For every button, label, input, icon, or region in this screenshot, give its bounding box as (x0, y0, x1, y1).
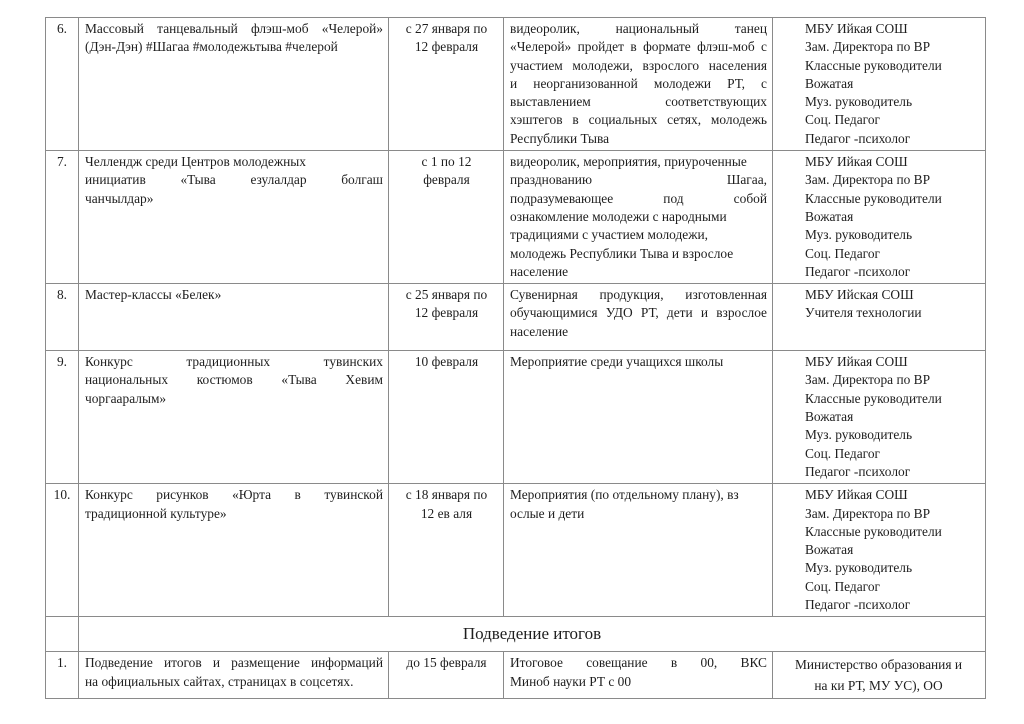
event-title: Конкурс рисунков «Юрта в тувинскойтрадиц… (79, 484, 389, 617)
text-line: Зам. Директора по ВР (805, 38, 980, 56)
text-line: Классные руководители (805, 57, 980, 75)
text-line: с 1 по 12 (395, 153, 498, 171)
text-line: МБУ Ийкая СОШ (805, 153, 980, 171)
text-line: Зам. Директора по ВР (805, 505, 980, 523)
text-line: Мастер-классы «Белек» (85, 286, 383, 304)
text-line: инициатив «Тыва езулалдар болгаш (85, 171, 383, 189)
text-line: на официальных сайтах, страницах в соцсе… (85, 673, 383, 691)
text-line: Соц. Педагог (805, 245, 980, 263)
section-heading: Подведение итогов (79, 617, 986, 652)
section-row: Подведение итогов (46, 617, 986, 652)
text-line: население (510, 323, 767, 341)
row-number: 8. (46, 284, 79, 351)
text-line: на ки РТ, МУ УС), ОО (777, 675, 980, 696)
text-line: 12 февраля (395, 38, 498, 56)
text-line: Мероприятие среди учащихся школы (510, 353, 767, 371)
text-line: 12 ев аля (395, 505, 498, 523)
text-line: Зам. Директора по ВР (805, 171, 980, 189)
text-line: Педагог -психолог (805, 263, 980, 281)
text-line: традиционной культуре» (85, 505, 383, 523)
text-line: Массовый танцевальный флэш-моб «Челерой» (85, 20, 383, 38)
event-description: Мероприятия (по отдельному плану), взосл… (504, 484, 773, 617)
text-line: Итоговое совещание в 00, ВКС (510, 654, 767, 672)
text-line: Челлендж среди Центров молодежных (85, 153, 383, 171)
text-line: Муз. руководитель (805, 93, 980, 111)
text-line: Педагог -психолог (805, 130, 980, 148)
event-description: Итоговое совещание в 00, ВКСМиноб науки … (504, 652, 773, 699)
table-row: 1.Подведение итогов и размещение информа… (46, 652, 986, 699)
text-line: Учителя технологии (805, 304, 980, 322)
text-line: Вожатая (805, 208, 980, 226)
text-line: Вожатая (805, 408, 980, 426)
event-description: видеоролик, национальный танец«Челерой» … (504, 18, 773, 151)
text-line: Педагог -психолог (805, 463, 980, 481)
text-line: ознакомление молодежи с народными (510, 208, 767, 226)
text-line: Соц. Педагог (805, 111, 980, 129)
text-line: ослые и дети (510, 505, 767, 523)
text-line: с 25 января по (395, 286, 498, 304)
text-line: Соц. Педагог (805, 445, 980, 463)
event-responsible: МБУ Ийкая СОШЗам. Директора по ВРКлассны… (773, 351, 986, 484)
text-line: чанчылдар» (85, 190, 383, 208)
table-row: 9.Конкурс традиционных тувинскихнационал… (46, 351, 986, 484)
text-line: Мероприятия (по отдельному плану), вз (510, 486, 767, 504)
table-row: 10.Конкурс рисунков «Юрта в тувинскойтра… (46, 484, 986, 617)
text-line: национальных костюмов «Тыва Хевим (85, 371, 383, 389)
text-line: с 18 января по (395, 486, 498, 504)
text-line: МБУ Ийская СОШ (805, 286, 980, 304)
text-line: Республики Тыва (510, 130, 767, 148)
event-dates: с 27 января по12 февраля (389, 18, 504, 151)
text-line: традициями с участием молодежи, (510, 226, 767, 244)
event-dates: с 1 по 12февраля (389, 151, 504, 284)
event-responsible: МБУ Ийкая СОШЗам. Директора по ВРКлассны… (773, 18, 986, 151)
text-line: Педагог -психолог (805, 596, 980, 614)
table-row: 8.Мастер-классы «Белек»с 25 января по12 … (46, 284, 986, 351)
text-line: хэштегов в социальных сетях, молодежь (510, 111, 767, 129)
text-line: МБУ Ийкая СОШ (805, 20, 980, 38)
event-description: видеоролик, мероприятия, приуроченныепра… (504, 151, 773, 284)
text-line: Конкурс рисунков «Юрта в тувинской (85, 486, 383, 504)
event-title: Конкурс традиционных тувинскихнациональн… (79, 351, 389, 484)
event-dates: до 15 февраля (389, 652, 504, 699)
event-description: Мероприятие среди учащихся школы (504, 351, 773, 484)
text-line: чоргааралым» (85, 390, 383, 408)
row-number: 10. (46, 484, 79, 617)
text-line: Соц. Педагог (805, 578, 980, 596)
event-responsible: МБУ Ийская СОШУчителя технологии (773, 284, 986, 351)
text-line: участием молодежи, взрослого населения (510, 57, 767, 75)
text-line: Вожатая (805, 75, 980, 93)
text-line: Зам. Директора по ВР (805, 371, 980, 389)
event-title: Массовый танцевальный флэш-моб «Челерой»… (79, 18, 389, 151)
text-line: Министерство образования и (777, 654, 980, 675)
text-line: Сувенирная продукция, изготовленная (510, 286, 767, 304)
text-line: видеоролик, национальный танец (510, 20, 767, 38)
text-line: до 15 февраля (395, 654, 498, 672)
text-line: Классные руководители (805, 523, 980, 541)
text-line: 12 февраля (395, 304, 498, 322)
text-line: Вожатая (805, 541, 980, 559)
event-dates: с 25 января по12 февраля (389, 284, 504, 351)
text-line: и неорганизованной молодежи РТ, с (510, 75, 767, 93)
section-number-cell (46, 617, 79, 652)
text-line: выставлением соответствующих (510, 93, 767, 111)
events-table: 6.Массовый танцевальный флэш-моб «Челеро… (45, 17, 986, 699)
text-line: молодежь Республики Тыва и взрослое (510, 245, 767, 263)
row-number: 1. (46, 652, 79, 699)
text-line: Миноб науки РТ с 00 (510, 673, 767, 691)
text-line: (Дэн-Дэн) #Шагаа #молодежьтыва #челерой (85, 38, 383, 56)
event-title: Челлендж среди Центров молодежныхинициат… (79, 151, 389, 284)
text-line: «Челерой» пройдет в формате флэш-моб с (510, 38, 767, 56)
row-number: 9. (46, 351, 79, 484)
text-line: обучающимися УДО РТ, дети и взрослое (510, 304, 767, 322)
text-line: Муз. руководитель (805, 559, 980, 577)
text-line: Подведение итогов и размещение информаци… (85, 654, 383, 672)
text-line: Классные руководители (805, 190, 980, 208)
event-title: Мастер-классы «Белек» (79, 284, 389, 351)
text-line: подразумевающее под собой (510, 190, 767, 208)
table-row: 7.Челлендж среди Центров молодежныхиници… (46, 151, 986, 284)
text-line: февраля (395, 171, 498, 189)
text-line: население (510, 263, 767, 281)
event-dates: с 18 января по12 ев аля (389, 484, 504, 617)
text-line: МБУ Ийкая СОШ (805, 486, 980, 504)
row-number: 6. (46, 18, 79, 151)
text-line: видеоролик, мероприятия, приуроченные (510, 153, 767, 171)
text-line: МБУ Ийкая СОШ (805, 353, 980, 371)
table-row: 6.Массовый танцевальный флэш-моб «Челеро… (46, 18, 986, 151)
text-line: Классные руководители (805, 390, 980, 408)
event-responsible: Министерство образования ина ки РТ, МУ У… (773, 652, 986, 699)
text-line: 10 февраля (395, 353, 498, 371)
event-responsible: МБУ Ийкая СОШЗам. Директора по ВРКлассны… (773, 151, 986, 284)
event-responsible: МБУ Ийкая СОШЗам. Директора по ВРКлассны… (773, 484, 986, 617)
event-description: Сувенирная продукция, изготовленнаяобуча… (504, 284, 773, 351)
event-title: Подведение итогов и размещение информаци… (79, 652, 389, 699)
event-dates: 10 февраля (389, 351, 504, 484)
row-number: 7. (46, 151, 79, 284)
text-line: празднованию Шагаа, (510, 171, 767, 189)
text-line: Конкурс традиционных тувинских (85, 353, 383, 371)
text-line: с 27 января по (395, 20, 498, 38)
text-line: Муз. руководитель (805, 226, 980, 244)
text-line: Муз. руководитель (805, 426, 980, 444)
